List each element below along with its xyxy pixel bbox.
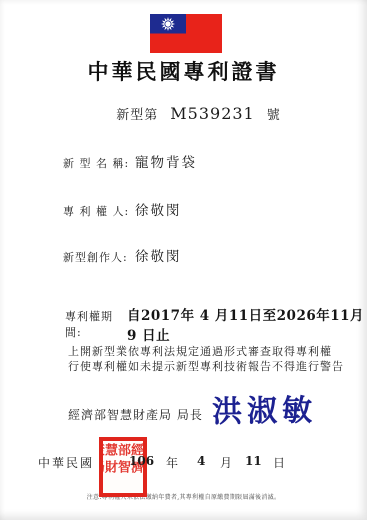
date-day-unit: 日 bbox=[273, 454, 285, 471]
director-signature: 洪淑敏 bbox=[212, 385, 318, 431]
field-label: 新型創作人: bbox=[63, 249, 135, 265]
date-year: 106 bbox=[129, 454, 154, 468]
legal-line-1: 上開新型業依專利法規定通過形式審查取得專利權 bbox=[68, 344, 344, 359]
date-era: 中華民國 bbox=[38, 454, 94, 471]
number-suffix: 號 bbox=[267, 108, 281, 123]
legal-statement: 上開新型業依專利法規定通過形式審查取得專利權 行使專利權如未提示新型專利技術報告… bbox=[68, 344, 344, 374]
date-year-unit: 年 bbox=[166, 454, 178, 471]
patent-number: M539231 bbox=[158, 104, 266, 123]
field-creator: 新型創作人: 徐敬閔 bbox=[63, 245, 182, 265]
date-day: 11 bbox=[245, 454, 262, 468]
field-value: 徐敬閔 bbox=[135, 199, 182, 219]
field-label: 新 型 名 稱: bbox=[63, 155, 135, 171]
certificate-number-line: 新型第M539231號 bbox=[30, 104, 367, 123]
date-month: 4 bbox=[197, 454, 205, 468]
field-label: 專利權期間: bbox=[65, 308, 127, 340]
field-value: 寵物背袋 bbox=[135, 151, 197, 171]
roc-flag-graphic bbox=[150, 14, 222, 53]
field-label: 專 利 權 人: bbox=[63, 203, 135, 219]
issue-date-line: 中華民國 106 年 4 月 11 日 bbox=[0, 454, 367, 472]
certificate-title: 中華民國專利證書 bbox=[0, 56, 367, 86]
date-month-unit: 月 bbox=[220, 454, 232, 471]
number-prefix: 新型第 bbox=[116, 108, 158, 123]
field-patent-term: 專利權期間: 自2017年 4 月11日至2026年11月 9 日止 bbox=[65, 304, 367, 344]
patent-certificate-page: 中華民國專利證書 新型第M539231號 新 型 名 稱: 寵物背袋 專 利 權… bbox=[0, 0, 367, 520]
roc-flag bbox=[150, 14, 222, 53]
field-patent-holder: 專 利 權 人: 徐敬閔 bbox=[63, 199, 182, 219]
issuer-office-line: 經濟部智慧財產局 局長 bbox=[68, 406, 203, 423]
field-value: 徐敬閔 bbox=[135, 245, 182, 265]
legal-line-2: 行使專利權如未提示新型專利技術報告不得進行警告 bbox=[68, 359, 344, 374]
field-value: 自2017年 4 月11日至2026年11月 9 日止 bbox=[127, 304, 367, 344]
field-model-name: 新 型 名 稱: 寵物背袋 bbox=[63, 151, 197, 171]
